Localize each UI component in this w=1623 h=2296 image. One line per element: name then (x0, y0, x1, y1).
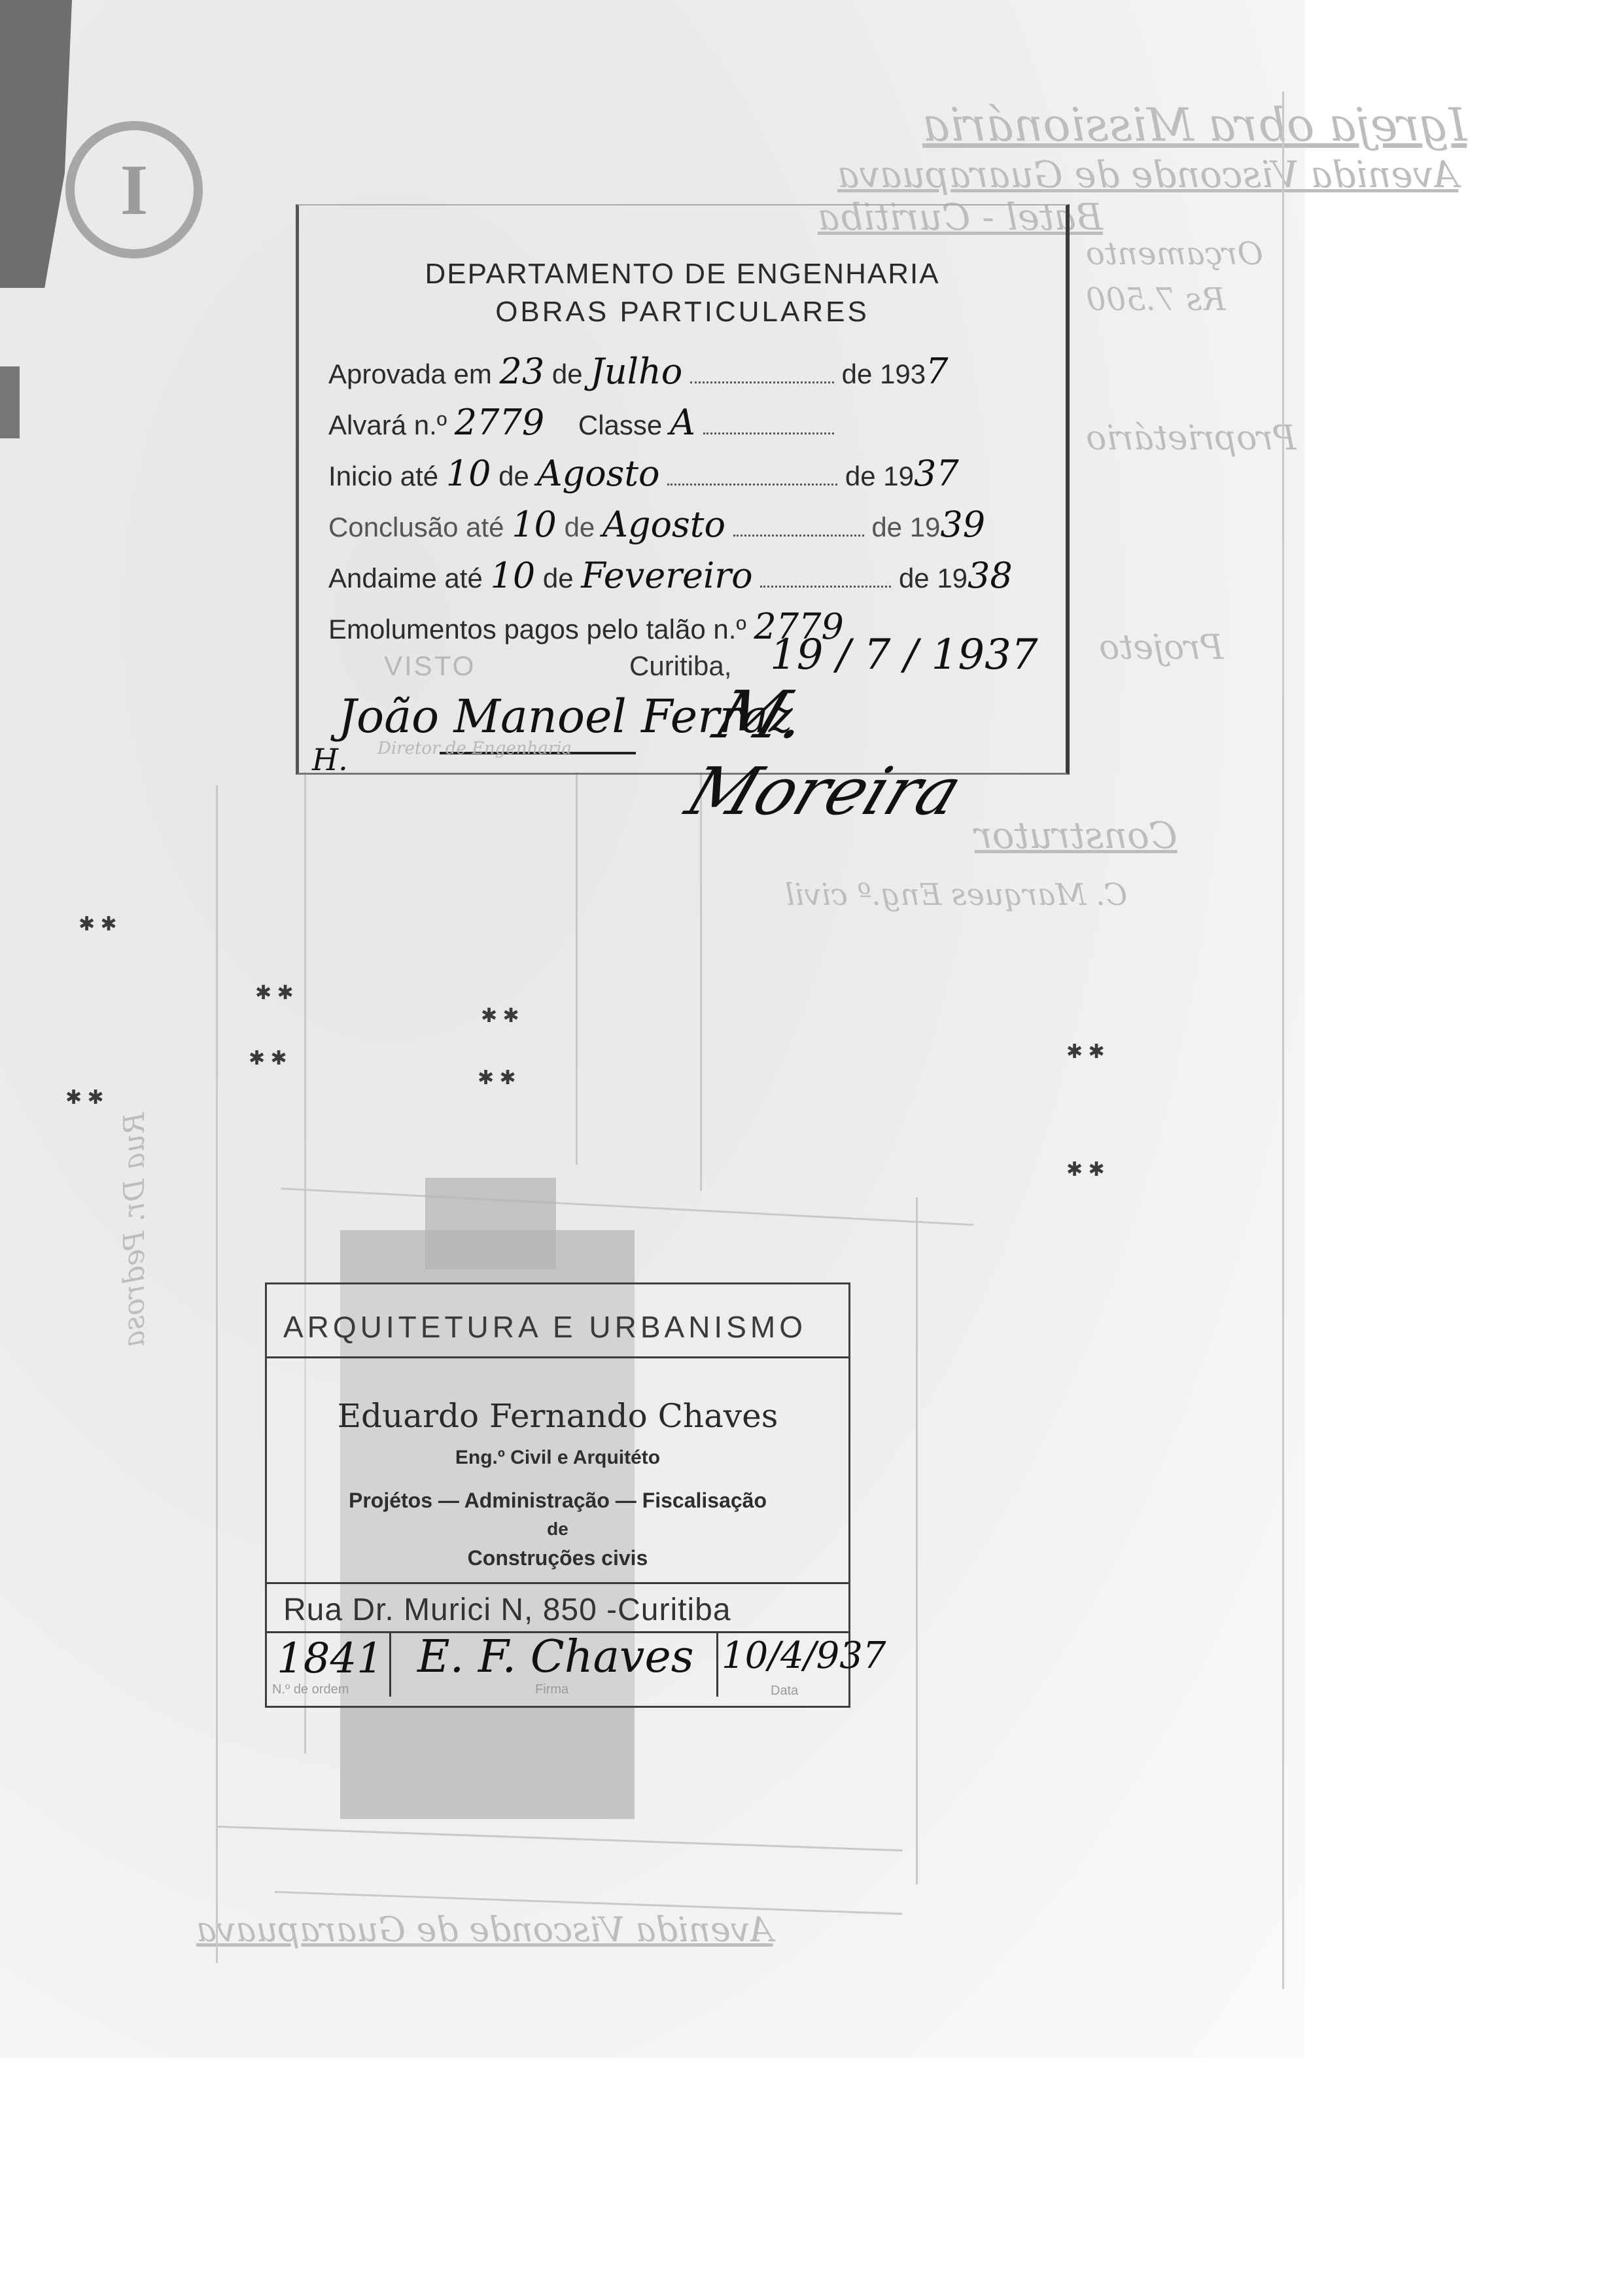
value-order-number: 1841 (277, 1634, 383, 1683)
label-year-prefix: 19 (883, 461, 914, 491)
label-de: de (842, 359, 873, 389)
bleed-author-label: Projeto (1099, 628, 1223, 667)
bleed-title-line-4: Orçamento (1086, 236, 1263, 272)
bleed-street-label: Avenida Visconde de Guarapuava (196, 1911, 773, 1950)
architect-stamp-title: ARQUITETURA E URBANISMO (283, 1309, 807, 1345)
bleed-builder-name: C. Marques Eng.º civil (785, 877, 1127, 912)
label-diretor: Diretor de Engenharia (377, 739, 572, 758)
label-visto: VISTO (384, 650, 476, 682)
scanned-page: I Igreja obra Missionária Avenida Viscon… (0, 0, 1305, 2058)
value-conclusao-month: Agosto (602, 504, 725, 545)
label-andaime: Andaime até (328, 563, 483, 593)
label-aprovada: Aprovada em (328, 359, 492, 389)
label-de: de (899, 563, 930, 593)
architect-name: Eduardo Fernando Chaves (267, 1397, 848, 1435)
label-de: de (845, 461, 876, 491)
label-curitiba: Curitiba, (629, 650, 731, 682)
row-inicio: Inicio até 10 de Agosto de 1937 (328, 453, 1048, 494)
architect-signature: E. F. Chaves (417, 1631, 694, 1683)
value-andaime-month: Fevereiro (581, 555, 752, 596)
label-order-number: N.º de ordem (272, 1682, 349, 1697)
label-alvara: Alvará n.º (328, 410, 447, 440)
value-curitiba-date: 19 / 7 / 1937 (770, 631, 1038, 679)
architect-credentials: Eng.º Civil e Arquitéto (267, 1447, 848, 1469)
value-andaime-year: 38 (968, 555, 1013, 596)
label-signature: Firma (535, 1682, 568, 1697)
ink-blot: ✱ ✱ (79, 913, 117, 936)
approval-stamp: DEPARTAMENTO DE ENGENHARIA OBRAS PARTICU… (296, 204, 1070, 775)
label-de: de (552, 359, 583, 389)
row-alvara: Alvará n.º 2779 Classe A (328, 402, 1048, 443)
label-de: de (543, 563, 574, 593)
value-inicio-year: 37 (914, 453, 959, 494)
ink-blot: ✱ ✱ (478, 1067, 516, 1089)
value-aprovada-year: 7 (926, 351, 948, 392)
value-aprovada-day: 23 (499, 351, 544, 392)
architect-address: Rua Dr. Murici N, 850 -Curitiba (283, 1592, 731, 1628)
row-conclusao: Conclusão até 10 de Agosto de 1939 (328, 504, 1048, 545)
ink-blot: ✱ ✱ (481, 1004, 519, 1027)
row-aprovada: Aprovada em 23 de Julho de 1937 (328, 351, 1048, 392)
bleed-title-line-2: Avenida Visconde de Guarapuava (837, 154, 1458, 196)
label-year-prefix: 19 (910, 512, 941, 542)
ink-blot: ✱ ✱ (1066, 1158, 1105, 1181)
value-inicio-month: Agosto (537, 453, 660, 494)
label-classe: Classe (578, 410, 662, 440)
plan-line (700, 772, 702, 1191)
value-inicio-day: 10 (446, 453, 491, 494)
stamp-subheading: OBRAS PARTICULARES (299, 296, 1066, 328)
label-date: Data (771, 1684, 798, 1699)
divider (267, 1582, 848, 1584)
ink-blot: ✱ ✱ (255, 981, 294, 1004)
cell-signature: E. F. Chaves Firma (391, 1631, 718, 1697)
label-year-prefix: 19 (937, 563, 968, 593)
value-classe: A (670, 402, 695, 443)
value-alvara-number: 2779 (455, 402, 544, 443)
architect-services: Projétos — Administração — Fiscalisação (267, 1489, 848, 1513)
plan-line (576, 772, 578, 1165)
architect-de: de (267, 1519, 848, 1540)
value-conclusao-day: 10 (512, 504, 557, 545)
architect-stamp: ARQUITETURA E URBANISMO Eduardo Fernando… (265, 1282, 850, 1708)
label-year-prefix: 193 (880, 359, 926, 389)
value-date: 10/4/937 (722, 1634, 886, 1677)
ink-blot: ✱ ✱ (65, 1086, 104, 1109)
bleed-side-label: Rua Dr. Pedrosa (118, 1112, 151, 1347)
value-andaime-day: 10 (491, 555, 536, 596)
label-de: de (871, 512, 902, 542)
binding-edge (0, 0, 72, 288)
divider (267, 1356, 848, 1358)
label-de: de (498, 461, 529, 491)
plan-line (216, 785, 218, 1963)
bleed-owner-label: Proprietário (1086, 419, 1296, 458)
round-seal: I (65, 121, 203, 258)
plan-line (281, 1188, 974, 1226)
ink-blot: ✱ ✱ (1066, 1040, 1105, 1063)
signature-initial: H. (312, 742, 348, 777)
cell-order-number: 1841 N.º de ordem (267, 1631, 391, 1697)
label-emolumentos: Emolumentos pagos pelo talão n.º (328, 614, 746, 645)
plan-line (1282, 92, 1284, 1989)
label-inicio: Inicio até (328, 461, 438, 491)
row-andaime: Andaime até 10 de Fevereiro de 1938 (328, 555, 1048, 596)
value-conclusao-year: 39 (940, 504, 985, 545)
cell-date: 10/4/937 Data (718, 1631, 849, 1697)
binding-edge-lower (0, 366, 20, 438)
signature-official: M. Moreira (676, 677, 1093, 830)
label-de: de (565, 512, 595, 542)
plan-line (216, 1826, 902, 1852)
stamp-heading: DEPARTAMENTO DE ENGENHARIA (299, 258, 1066, 291)
bleed-title-line-1: Igreja obra Missionária (922, 98, 1467, 152)
value-aprovada-month: Julho (590, 351, 682, 392)
label-conclusao: Conclusão até (328, 512, 504, 542)
architect-services-2: Construções civis (267, 1546, 848, 1570)
plan-line (916, 1197, 918, 1884)
seal-letter: I (120, 149, 148, 232)
bleed-title-line-5: Rs 7.500 (1086, 281, 1225, 318)
ink-blot: ✱ ✱ (249, 1047, 287, 1070)
